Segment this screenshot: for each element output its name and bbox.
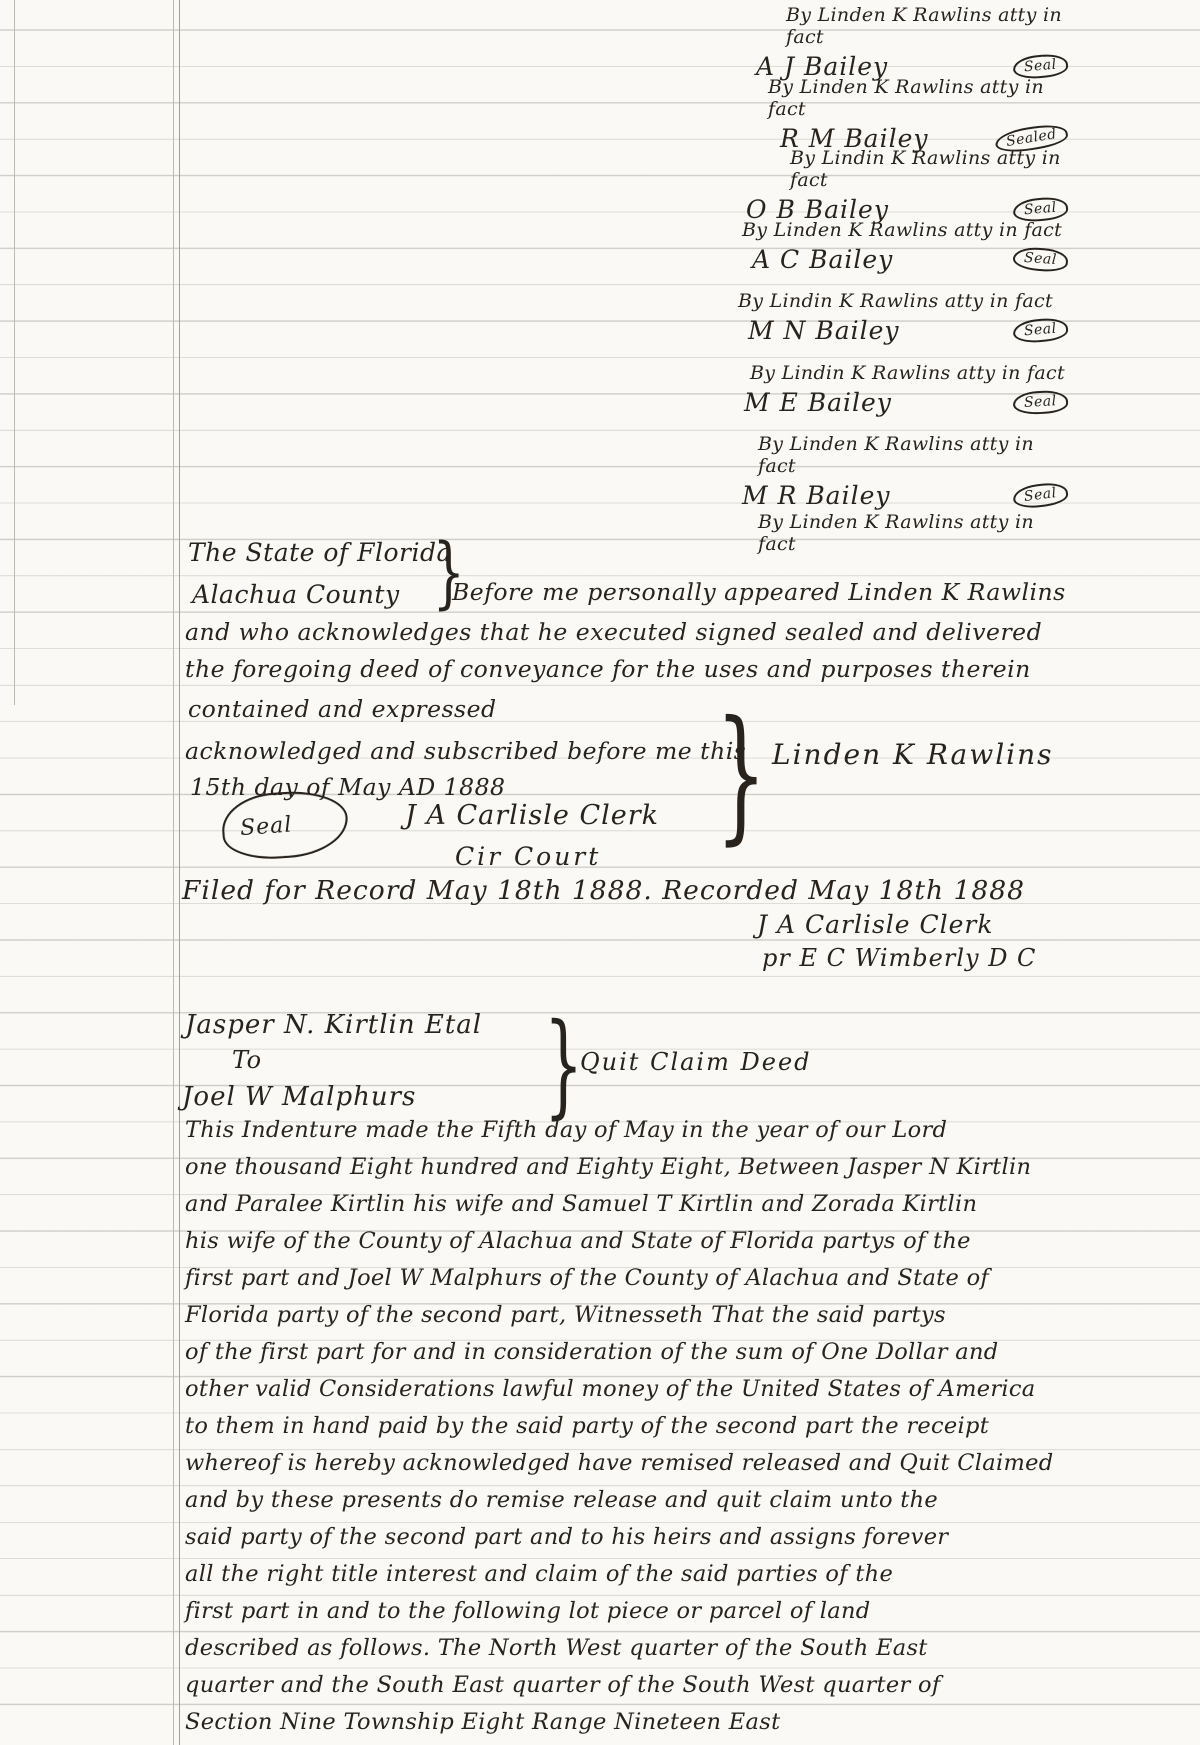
signature-entry: By Linden K Rawlins atty in fact A J Bai…: [728, 4, 1068, 76]
deed-body-line: said party of the second part and to his…: [185, 1519, 1065, 1556]
deputy-clerk-line: pr E C Wimberly D C: [762, 944, 1036, 972]
seal-badge: Seal: [1013, 246, 1069, 273]
signature-entry: By Lindin K Rawlins atty in fact M E Bai…: [728, 362, 1068, 434]
document-page: By Linden K Rawlins atty in fact A J Bai…: [0, 0, 1200, 1745]
notary-text-line: and who acknowledges that he executed si…: [185, 618, 1042, 646]
deed-body-line: This Indenture made the Fifth day of May…: [185, 1112, 1065, 1149]
seal-badge: Seal: [1012, 481, 1069, 510]
deed-caption-brace: }: [544, 1000, 583, 1130]
notary-text-line: Before me personally appeared Linden K R…: [452, 578, 1066, 606]
attorney-by-line: By Linden K Rawlins atty in fact: [786, 4, 1068, 48]
deed-body-line: and by these presents do remise release …: [185, 1482, 1065, 1519]
court-line: Cir Court: [455, 842, 601, 871]
deed-body: This Indenture made the Fifth day of May…: [185, 1112, 1065, 1741]
notary-date-line: 15th day of May AD 1888: [190, 773, 505, 801]
deed-body-line: to them in hand paid by the said party o…: [185, 1408, 1065, 1445]
county-caption: Alachua County: [192, 580, 400, 609]
deed-body-line: his wife of the County of Alachua and St…: [185, 1223, 1065, 1260]
clerk-signature: J A Carlisle Clerk: [405, 800, 659, 831]
attorney-by-line: By Lindin K Rawlins atty in fact: [750, 362, 1068, 384]
deed-body-line: one thousand Eight hundred and Eighty Ei…: [185, 1149, 1065, 1186]
deed-body-line: described as follows. The North West qua…: [185, 1630, 1065, 1667]
deed-caption-to: To: [232, 1046, 262, 1074]
deed-type-label: Quit Claim Deed: [580, 1048, 812, 1076]
attorney-by-line: By Lindin K Rawlins atty in fact: [738, 290, 1068, 312]
deed-body-line: all the right title interest and claim o…: [185, 1556, 1065, 1593]
signature-entry: By Lindin K Rawlins atty in fact M N Bai…: [728, 290, 1068, 362]
deed-body-line: quarter and the South East quarter of th…: [185, 1667, 1065, 1704]
notary-signature: Linden K Rawlins: [772, 738, 1054, 771]
attorney-by-line-closing: By Linden K Rawlins atty in fact: [758, 511, 1068, 555]
margin-line-outer: [173, 0, 174, 1745]
deed-body-line: and Paralee Kirtlin his wife and Samuel …: [185, 1186, 1065, 1223]
recorded-clerk-signature: J A Carlisle Clerk: [757, 910, 994, 939]
signer-name: M R Bailey: [742, 481, 891, 510]
acknowledgment-brace: }: [716, 690, 767, 859]
notary-text-line: the foregoing deed of conveyance for the…: [185, 655, 1031, 683]
signer-name: M N Bailey: [748, 316, 900, 345]
deed-caption-grantee: Joel W Malphurs: [182, 1082, 416, 1112]
notary-text-line: acknowledged and subscribed before me th…: [185, 737, 746, 765]
signature-block: By Linden K Rawlins atty in fact A J Bai…: [728, 4, 1068, 555]
notary-text-line: contained and expressed: [188, 695, 497, 723]
deed-body-line: of the first part for and in considerati…: [185, 1334, 1065, 1371]
signature-entry: By Linden K Rawlins atty in fact M R Bai…: [728, 433, 1068, 505]
attorney-by-line: By Lindin K Rawlins atty in fact: [790, 147, 1068, 191]
attorney-by-line: By Linden K Rawlins atty in fact: [768, 76, 1068, 120]
signature-entry: By Lindin K Rawlins atty in fact O B Bai…: [728, 147, 1068, 219]
deed-body-line: whereof is hereby acknowledged have remi…: [185, 1445, 1065, 1482]
deed-caption-grantor: Jasper N. Kirtlin Etal: [185, 1010, 482, 1040]
margin-line: [179, 0, 180, 1745]
seal-badge: Seal: [1012, 317, 1068, 345]
attorney-by-line: By Linden K Rawlins atty in fact: [758, 433, 1068, 477]
attorney-by-line: By Linden K Rawlins atty in fact: [742, 219, 1068, 241]
signature-entry: By Linden K Rawlins atty in fact A C Bai…: [728, 219, 1068, 291]
state-caption: The State of Florida: [188, 538, 452, 567]
signature-entry: By Linden K Rawlins atty in fact R M Bai…: [728, 76, 1068, 148]
deed-body-line: Section Nine Township Eight Range Ninete…: [185, 1704, 1065, 1741]
signer-name: A C Bailey: [752, 245, 893, 274]
seal-badge: Seal: [1013, 389, 1069, 415]
deed-body-line: first part and Joel W Malphurs of the Co…: [185, 1260, 1065, 1297]
deed-body-line: other valid Considerations lawful money …: [185, 1371, 1065, 1408]
signer-name: M E Bailey: [744, 388, 892, 417]
filed-record-line: Filed for Record May 18th 1888. Recorded…: [182, 875, 1025, 906]
deed-body-line: Florida party of the second part, Witnes…: [185, 1297, 1065, 1334]
page-edge-line: [14, 0, 15, 705]
deed-body-line: first part in and to the following lot p…: [185, 1593, 1065, 1630]
